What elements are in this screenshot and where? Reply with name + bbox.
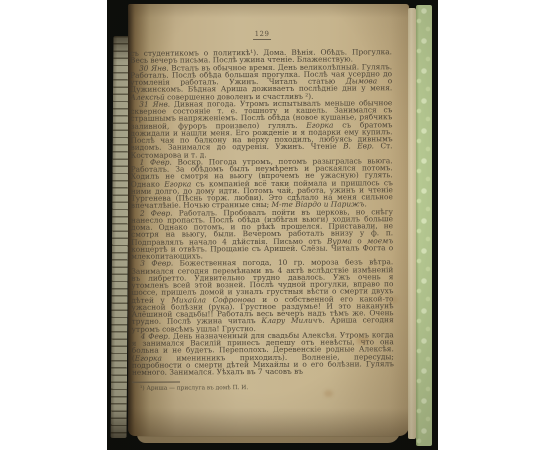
diary-paragraph: 30 Янв. Всталъ въ обычное время. День ве… [130, 63, 392, 101]
diary-paragraph: 2 Февр. Работалъ. Пробовалъ пойти въ цер… [131, 208, 393, 260]
diary-paragraph: 31 Янв. Дивная погода. Утромъ испытывалъ… [130, 99, 392, 159]
photo-canvas: 129 съ студентикомъ о политикѣ¹). Дома. … [0, 0, 550, 450]
page-number-value: 129 [253, 30, 272, 40]
fore-edge [408, 8, 416, 439]
diary-paragraph: 4 Февр. День назначенный для свадьбы Але… [132, 331, 394, 376]
footnote-rule [132, 382, 180, 383]
footnote-text: ¹) Ариша — прислуга въ домѣ П. И. [132, 384, 394, 392]
diary-text: съ студентикомъ о политикѣ¹). Дома. Вѣні… [130, 48, 394, 376]
endpaper-strip [416, 5, 432, 446]
book-page: 129 съ студентикомъ о политикѣ¹). Дома. … [128, 4, 409, 436]
facing-page-edge [111, 36, 130, 438]
diary-paragraph: 3 Февр. Божественная погода, 10 гр. моро… [131, 258, 393, 332]
page-body: съ студентикомъ о политикѣ¹). Дома. Вѣні… [130, 48, 394, 392]
book-photo: 129 съ студентикомъ о политикѣ¹). Дома. … [107, 0, 438, 450]
footnote: ¹) Ариша — прислуга въ домѣ П. И. [132, 380, 394, 392]
diary-paragraph: 1 Февр. Воскр. Погода утромъ, потомъ раз… [131, 157, 393, 209]
page-number: 129 [131, 29, 393, 40]
